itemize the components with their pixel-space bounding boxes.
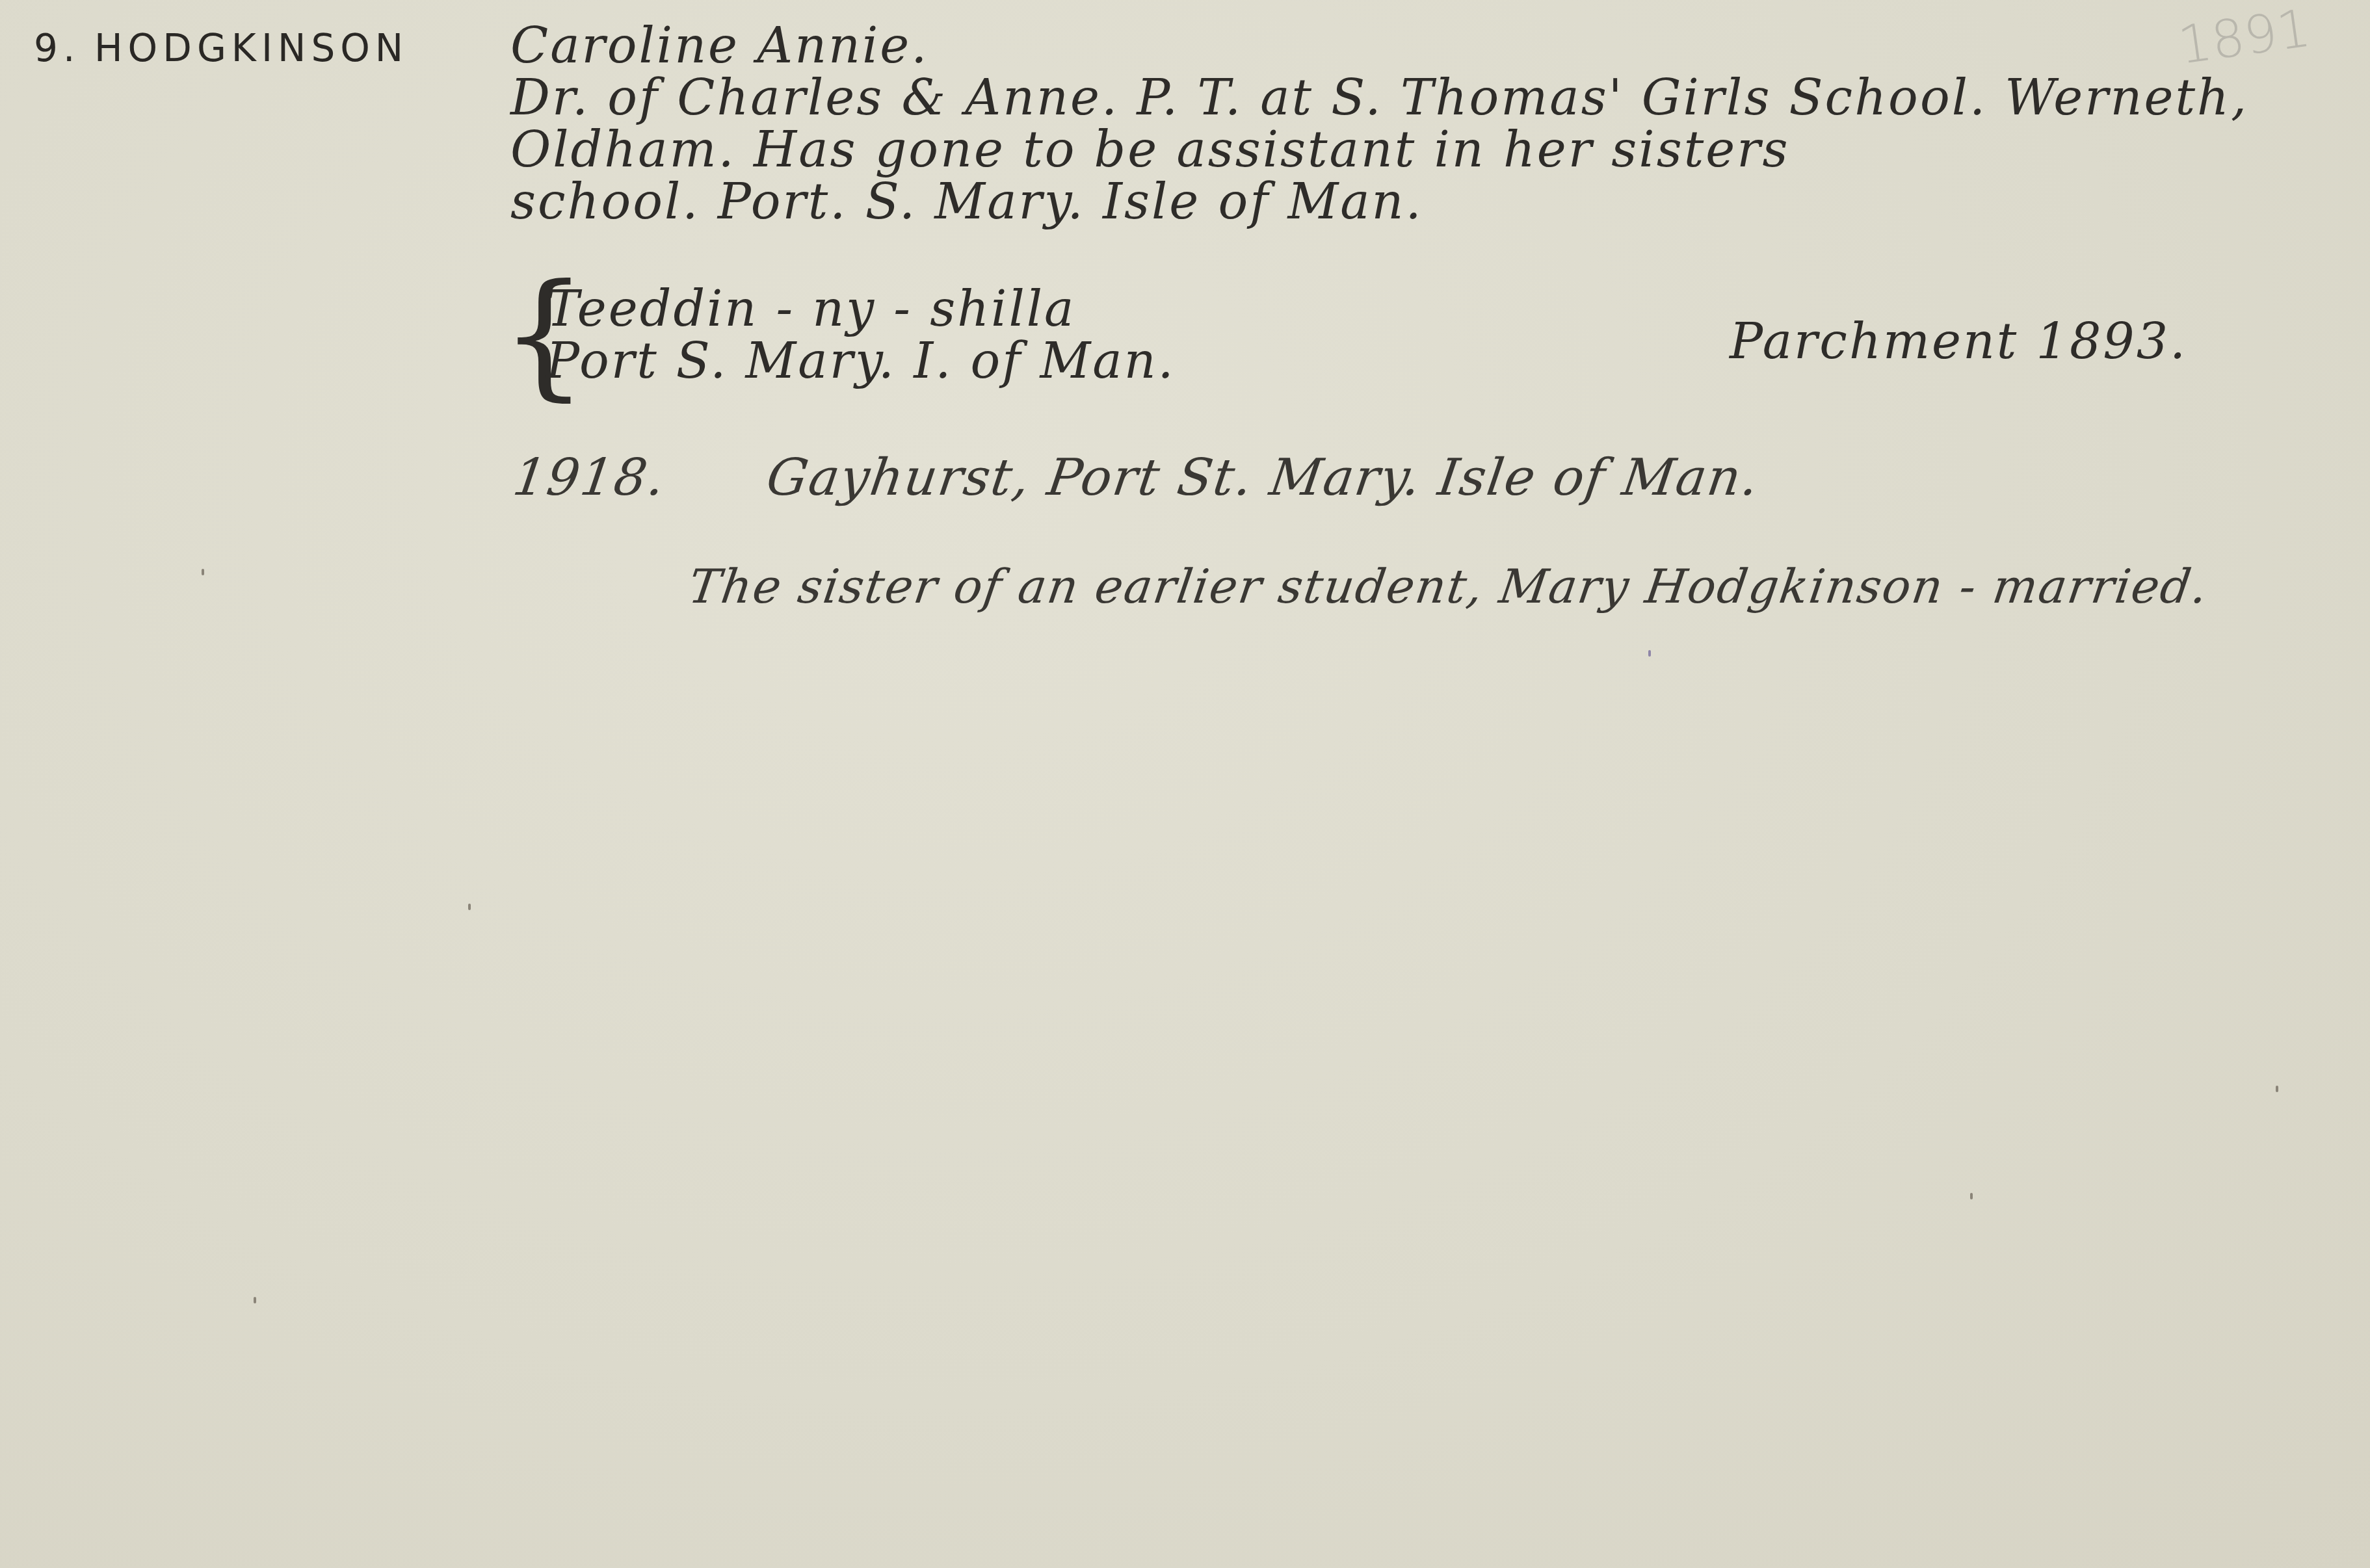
surname-heading: HODGKINSON [94,26,408,70]
parchment-date: Parchment 1893. [1730,312,2187,370]
later-entry-year: 1918. [510,449,670,507]
paper-speck [202,569,204,575]
paper-speck [254,1297,256,1303]
sibling-note: The sister of an earlier student, Mary H… [685,559,2212,614]
address-line-1: Teeddin - ny - shilla [546,280,1075,337]
pencil-year-annotation: 1891 [2175,0,2315,76]
paper-speck [468,904,471,910]
parents-occupation-line: Dr. of Charles & Anne. P. T. at S. Thoma… [510,68,2248,126]
paper-speck [1648,650,1651,657]
school-location-line: school. Port. S. Mary. Isle of Man. [510,172,1423,230]
entry-number: 9. [34,26,80,70]
later-entry-address: Gayhurst, Port St. Mary. Isle of Man. [763,449,1763,507]
address-line-2: Port S. Mary. I. of Man. [546,332,1176,389]
given-names-line: Caroline Annie. [510,16,928,74]
career-line: Oldham. Has gone to be assistant in her … [510,120,1790,178]
paper-speck [1970,1193,1973,1199]
paper-speck [2276,1086,2278,1092]
